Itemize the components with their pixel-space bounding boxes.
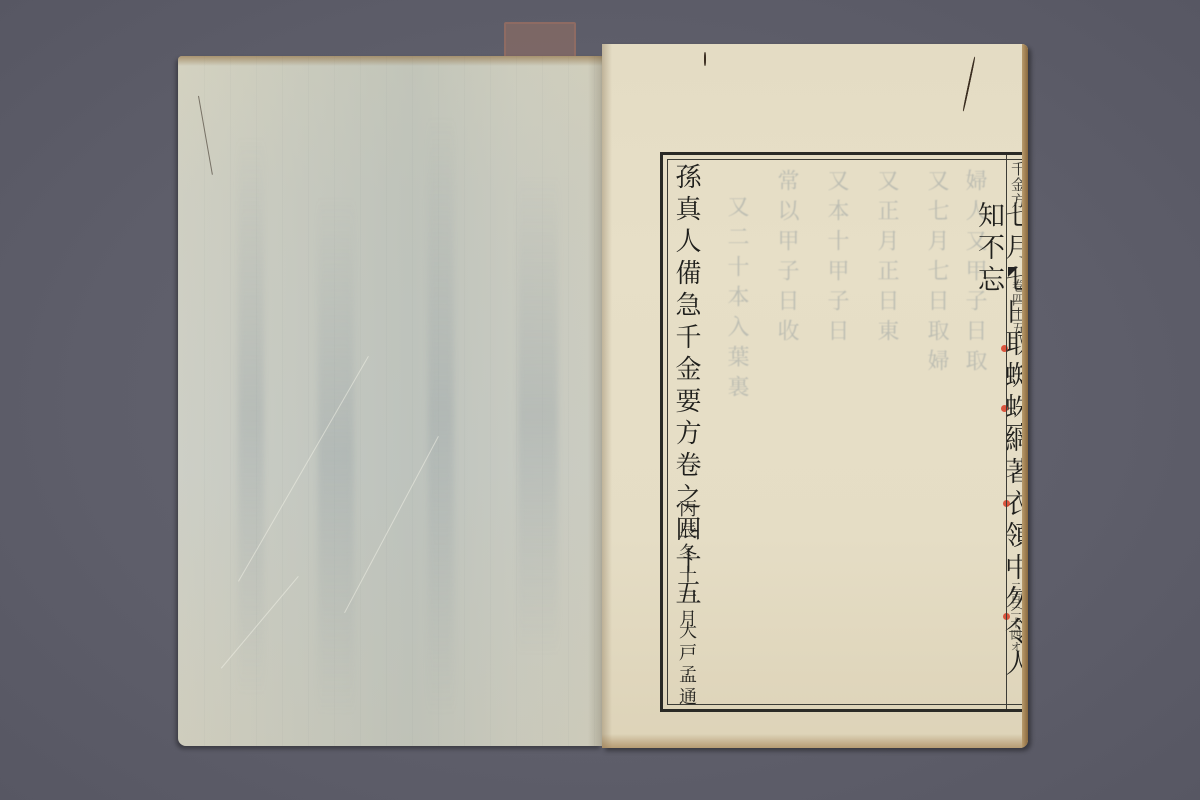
bleed-through-text: 又正月正日東 [875,169,897,349]
bleed-through-text: 又七月七日取婦 [925,169,947,379]
date-column: 丙辰冬十一月 [677,499,695,631]
bleed-through-text: 常以甲子日收 [775,169,797,349]
page-edge [1022,44,1028,748]
right-page: 婦人又甲子日取 又七月七日取婦 又正月正日東 又本十甲子日 常以甲子日收 又二十… [602,44,1028,748]
paper-fiber [344,436,439,613]
crack-mark [704,52,706,66]
edge-stain [602,734,1028,748]
hanshin-folio: 二百二十四オ [1010,581,1021,653]
fold-shadow [588,56,602,746]
printed-frame: 婦人又甲子日取 又七月七日取婦 又正月正日東 又本十甲子日 常以甲子日收 又二十… [660,152,1028,712]
fishtail-mark [1008,267,1018,277]
edge-stain [178,56,602,66]
crack-mark [198,96,213,175]
bleed-through-text: 又二十本入葉裏 [725,195,747,405]
paper-shadow [238,136,264,696]
bleed-through-text: 又本十甲子日 [825,169,847,349]
paper-shadow [518,176,558,656]
paper-shadow [318,196,354,716]
crack-mark [962,56,976,111]
author-column: 大戸孟通 [677,621,695,709]
left-page: ﾑ [178,56,602,746]
paper-shadow [428,116,454,716]
